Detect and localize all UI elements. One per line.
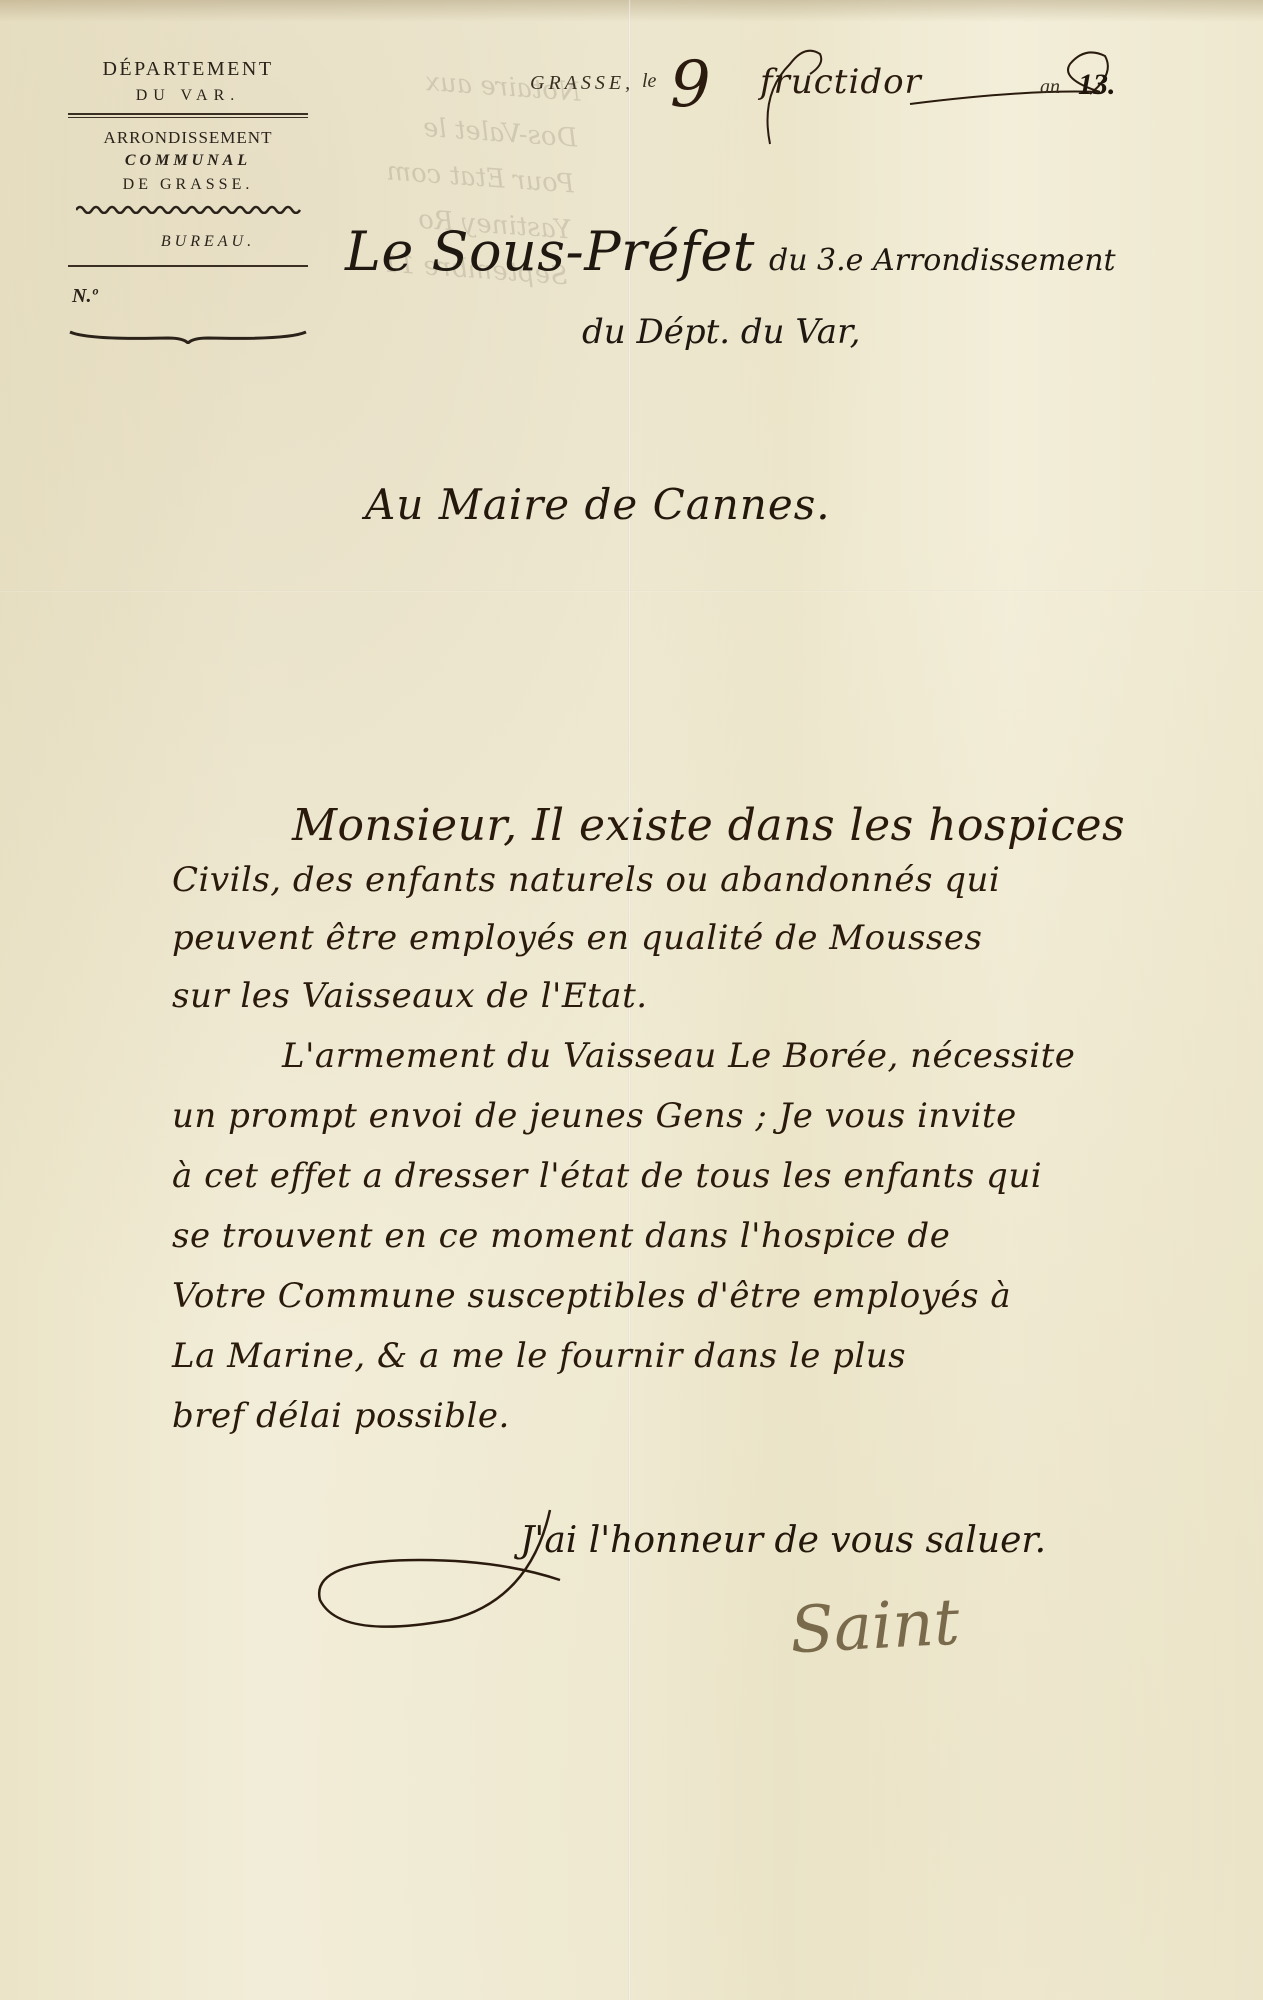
letterhead-city: DE GRASSE. xyxy=(58,176,318,194)
body-line: à cet effet a dresser l'état de tous les… xyxy=(172,1156,1042,1196)
body-line: Votre Commune susceptibles d'être employ… xyxy=(172,1276,1011,1316)
date-an-label: an xyxy=(1040,76,1060,99)
letterhead-bureau: BUREAU. xyxy=(58,233,318,251)
signature: Saint xyxy=(788,1586,961,1669)
body-line: La Marine, & a me le fournir dans le plu… xyxy=(172,1336,906,1376)
sender-title-line2: du Dépt. du Var, xyxy=(582,312,860,352)
bleed-line: Pour Etat com xyxy=(303,143,576,208)
sender-heading: Le Sous-Préfetdu 3.e Arrondissement du D… xyxy=(345,220,1245,283)
letterhead-number-label: N.º xyxy=(58,285,318,308)
body-line: peuvent être employés en qualité de Mous… xyxy=(172,918,982,958)
date-le: le xyxy=(642,70,656,93)
body-line: Civils, des enfants naturels ou abandonn… xyxy=(172,860,1000,900)
date-month: fructidor xyxy=(760,62,922,102)
double-rule-divider xyxy=(68,113,308,118)
sender-title: Le Sous-Préfet xyxy=(345,220,755,283)
body-line: Monsieur, Il existe dans les hospices xyxy=(292,800,1125,851)
dateline: GRASSE, le 9 fructidor an 13. xyxy=(530,58,1190,148)
letterhead-department-name: DU VAR. xyxy=(58,87,318,105)
wavy-rule-ornament-icon xyxy=(76,204,301,214)
addressee: Au Maire de Cannes. xyxy=(365,480,831,529)
body-line: se trouvent en ce moment dans l'hospice … xyxy=(172,1216,950,1256)
sender-title-continuation: du 3.e Arrondissement xyxy=(769,243,1116,278)
closing-formula: J'ai l'honneur de vous saluer. xyxy=(520,1520,1046,1561)
body-line: un prompt envoi de jeunes Gens ; Je vous… xyxy=(172,1096,1017,1136)
letterhead-arrondissement: ARRONDISSEMENT xyxy=(58,128,318,148)
date-year: 13. xyxy=(1078,68,1116,102)
horizontal-fold-crease xyxy=(0,590,1263,592)
body-line: sur les Vaisseaux de l'Etat. xyxy=(172,976,648,1016)
brace-ornament-icon xyxy=(68,328,308,344)
paper-background: Notaire aux Dos-Valet le Pour Etat com Y… xyxy=(0,0,1263,2000)
date-day: 9 xyxy=(670,48,711,122)
single-rule-divider xyxy=(68,265,308,267)
letterhead-communal: COMMUNAL xyxy=(58,152,318,170)
body-line: bref délai possible. xyxy=(172,1396,510,1436)
letterhead-department: DÉPARTEMENT xyxy=(58,58,318,81)
printed-letterhead: DÉPARTEMENT DU VAR. ARRONDISSEMENT COMMU… xyxy=(58,58,318,349)
body-line: L'armement du Vaisseau Le Borée, nécessi… xyxy=(282,1036,1075,1076)
date-city: GRASSE, xyxy=(530,72,634,95)
